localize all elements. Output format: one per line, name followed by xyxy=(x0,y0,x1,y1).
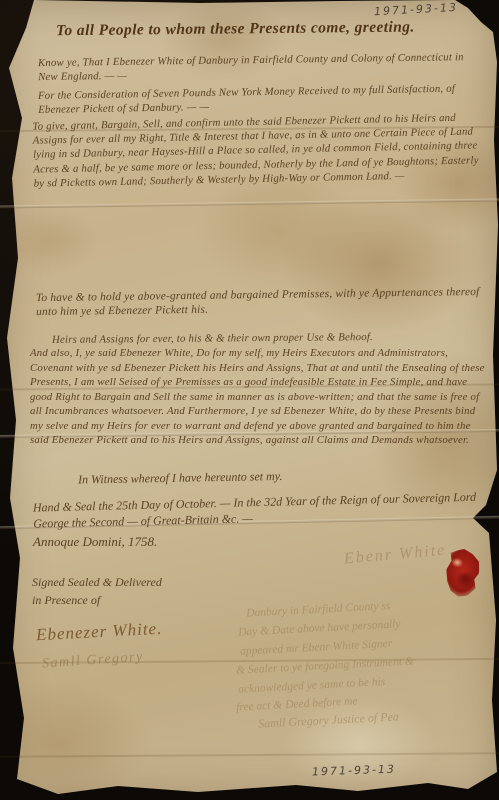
document-photo: 1971-93-13 To all People to whom these P… xyxy=(0,0,499,800)
deed-paragraph-covenant: And also, I, ye said Ebenezer White, Do … xyxy=(30,346,488,448)
deed-paragraph-grant: To give, grant, Bargain, Sell, and confi… xyxy=(32,110,481,190)
attestation-line2: in Presence of xyxy=(32,592,252,608)
attestation-line1: Signed Sealed & Delivered xyxy=(32,574,252,590)
deed-anno-domini: Annoque Domini, 1758. xyxy=(33,534,283,550)
